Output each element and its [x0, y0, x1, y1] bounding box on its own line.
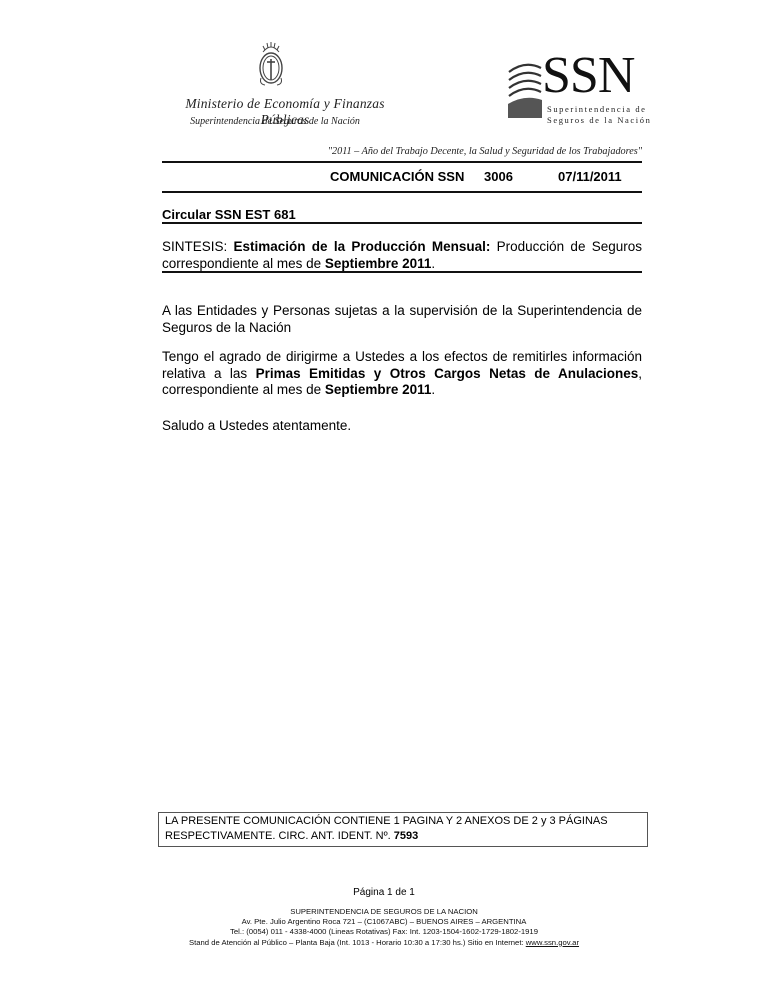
body-bold2: Septiembre 2011 — [325, 382, 432, 397]
page-number: Página 1 de 1 — [0, 887, 768, 898]
footer-line1: SUPERINTENDENCIA DE SEGUROS DE LA NACION — [0, 907, 768, 917]
divider — [162, 222, 642, 224]
addressee: A las Entidades y Personas sujetas a la … — [162, 303, 642, 336]
notice-box: LA PRESENTE COMUNICACIÓN CONTIENE 1 PAGI… — [158, 812, 648, 847]
notice-ident: 7593 — [394, 830, 418, 842]
sintesis-period: Septiembre 2011 — [325, 256, 432, 271]
footer: SUPERINTENDENCIA DE SEGUROS DE LA NACION… — [0, 907, 768, 948]
divider — [162, 271, 642, 273]
agency-name: Superintendencia de Seguros de la Nación — [175, 116, 375, 127]
divider — [162, 191, 642, 193]
year-motto: "2011 – Año del Trabajo Decente, la Salu… — [150, 146, 642, 157]
footer-line3: Tel.: (0054) 011 - 4338-4000 (Lineas Rot… — [0, 927, 768, 937]
ssn-logo-acronym: SSN — [542, 50, 634, 102]
sintesis-end: . — [431, 256, 435, 271]
body-paragraph: Tengo el agrado de dirigirme a Ustedes a… — [162, 349, 642, 399]
sintesis-label: SINTESIS: — [162, 239, 234, 254]
closing: Saludo a Ustedes atentamente. — [162, 418, 642, 435]
footer-line4-text: Stand de Atención al Público – Planta Ba… — [189, 938, 526, 947]
divider — [162, 161, 642, 163]
notice-text: LA PRESENTE COMUNICACIÓN CONTIENE 1 PAGI… — [165, 815, 608, 842]
ssn-logo-line2: Seguros de la Nación — [547, 115, 651, 125]
sintesis-title: Estimación de la Producción Mensual: — [234, 239, 491, 254]
ssn-waves-logo-icon — [505, 58, 545, 120]
website-link[interactable]: www.ssn.gov.ar — [526, 938, 579, 947]
sintesis-paragraph: SINTESIS: Estimación de la Producción Me… — [162, 239, 642, 272]
footer-line4: Stand de Atención al Público – Planta Ba… — [0, 938, 768, 948]
ssn-logo-line1: Superintendencia de — [547, 104, 647, 114]
communication-number: 3006 — [484, 169, 513, 184]
communication-title: COMUNICACIÓN SSN — [330, 169, 464, 184]
argentine-coat-of-arms-icon — [253, 40, 289, 90]
footer-line2: Av. Pte. Julio Argentino Roca 721 – (C10… — [0, 917, 768, 927]
body-bold1: Primas Emitidas y Otros Cargos Netas de … — [256, 366, 639, 381]
body-end: . — [431, 382, 435, 397]
circular-reference: Circular SSN EST 681 — [162, 207, 296, 222]
communication-date: 07/11/2011 — [558, 169, 622, 184]
